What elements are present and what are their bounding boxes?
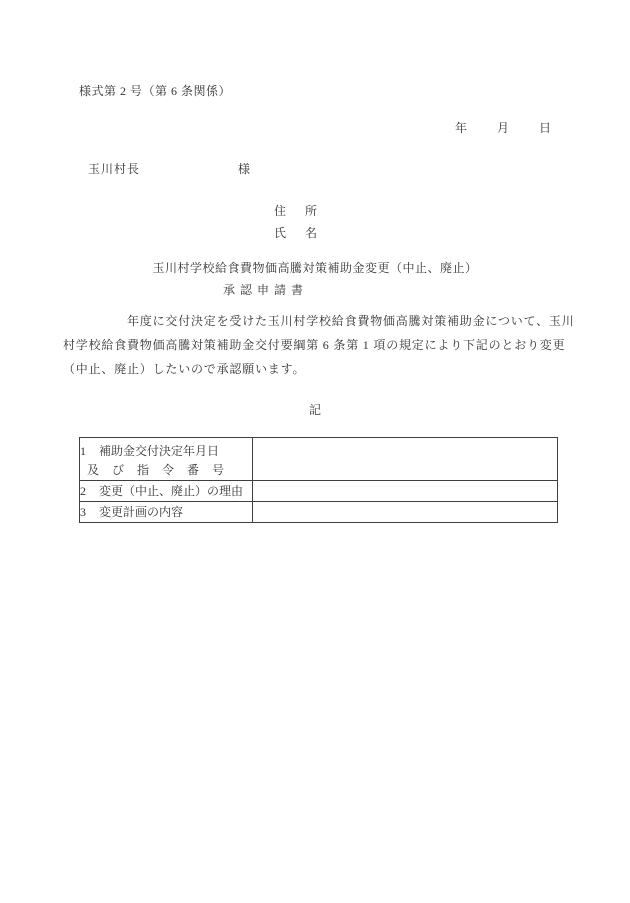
row-2-label-line: 2変更（中止、廃止）の理由 [80, 481, 252, 501]
row-2-number: 2 [80, 481, 99, 501]
row-1-label-line2: 及び指令番号 [80, 461, 252, 480]
document-page: 様式第 2 号（第 6 条関係） 年 月 日 玉川村長 様 住 所 氏 名 玉川… [0, 0, 630, 903]
name-label: 氏 名 [274, 224, 321, 241]
row-1-label-line1: 1補助金交付決定年月日 [80, 442, 252, 461]
document-title-line1: 玉川村学校給食費物価高騰対策補助金変更（中止、廃止） [0, 259, 630, 276]
addressee-name: 玉川村長 [88, 162, 140, 176]
row-1-label-text: 補助金交付決定年月日 [99, 444, 219, 458]
row-2-value-cell [253, 481, 558, 502]
row-3-label-cell: 3変更計画の内容 [80, 502, 253, 523]
row-3-value-cell [253, 502, 558, 523]
body-paragraph: 年度に交付決定を受けた玉川村学校給食費物価高騰対策補助金について、玉川 村学校給… [63, 309, 575, 381]
row-1-value-cell [253, 438, 558, 481]
row-1-number: 1 [80, 442, 99, 461]
row-3-label-text: 変更計画の内容 [99, 505, 183, 519]
addressee-honorific: 様 [238, 160, 250, 177]
document-title-line2: 承認申請書 [223, 281, 308, 298]
table-row-2: 2変更（中止、廃止）の理由 [80, 481, 558, 502]
list-marker: 記 [0, 401, 630, 418]
address-label: 住 所 [274, 202, 321, 219]
form-table: 1補助金交付決定年月日 及び指令番号 2変更（中止、廃止）の理由 3変更計画の内… [79, 437, 558, 523]
form-number: 様式第 2 号（第 6 条関係） [79, 82, 231, 99]
row-3-number: 3 [80, 502, 99, 522]
row-2-label-text: 変更（中止、廃止）の理由 [99, 484, 243, 498]
date-line: 年 月 日 [455, 119, 553, 136]
row-2-label-cell: 2変更（中止、廃止）の理由 [80, 481, 253, 502]
row-3-label-line: 3変更計画の内容 [80, 502, 252, 522]
row-1-label-cell: 1補助金交付決定年月日 及び指令番号 [80, 438, 253, 481]
table-row-1: 1補助金交付決定年月日 及び指令番号 [80, 438, 558, 481]
addressee-line: 玉川村長 様 [88, 160, 140, 177]
table-row-3: 3変更計画の内容 [80, 502, 558, 523]
